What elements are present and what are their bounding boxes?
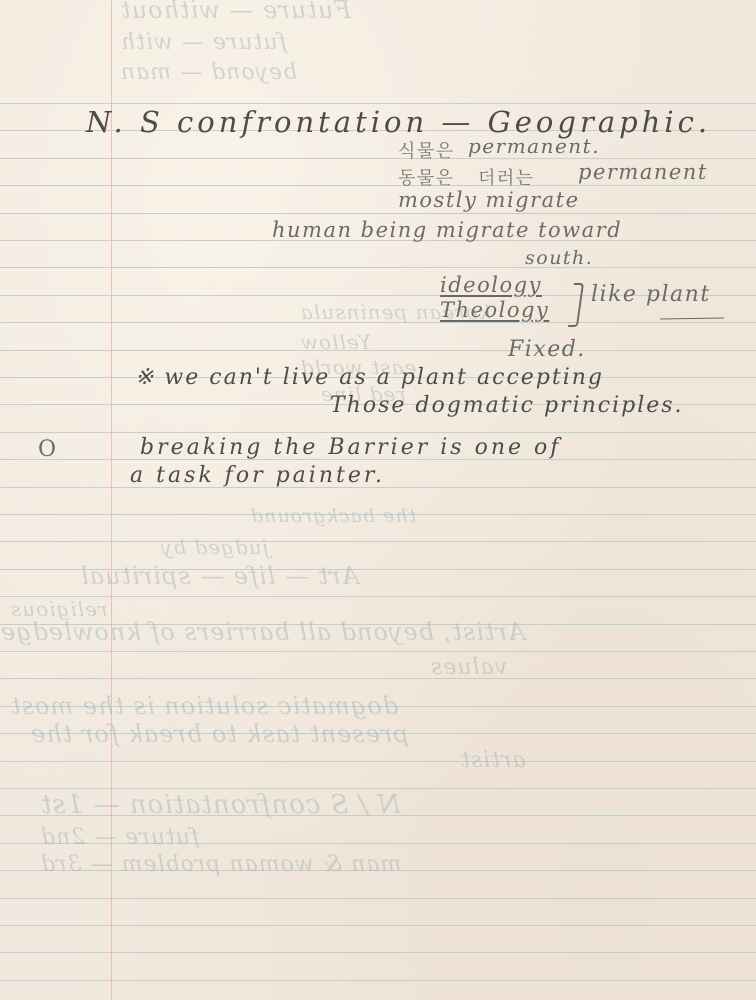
note-ideology: ideology [440, 273, 542, 297]
rule-line [0, 432, 756, 433]
bleed-text: future — with [120, 30, 287, 55]
rule-line [0, 980, 756, 981]
rule-line [0, 541, 756, 542]
bleed-text: future — 2nd [40, 825, 199, 850]
rule-line [0, 651, 756, 652]
rule-line [0, 103, 756, 104]
bleed-text: Artist, beyond all barriers of knowledge [0, 618, 525, 646]
note-permanent-1: permanent. [468, 134, 600, 158]
bleed-text: beyond — man [120, 60, 297, 85]
note-task-painter: a task for painter. [130, 463, 385, 488]
korean-some: 더러는 [478, 164, 535, 190]
note-human-being: human being migrate toward [272, 218, 622, 242]
bleed-text: values [430, 655, 507, 680]
rule-line [0, 678, 756, 679]
rule-line [0, 158, 756, 159]
rule-line [0, 898, 756, 899]
notebook-page: Future — without future — with beyond — … [0, 0, 756, 1000]
bullet-circle: O [38, 437, 58, 462]
bleed-text: man & woman problem — 3rd [40, 852, 401, 877]
rule-line [0, 596, 756, 597]
bleed-text: the background [250, 505, 416, 527]
bleed-text: Yellow [300, 330, 371, 354]
bleed-text: judged by [160, 535, 269, 559]
note-fixed: Fixed. [508, 337, 586, 362]
bleed-text: artist [460, 748, 526, 773]
note-like-plant: like plant [591, 282, 711, 307]
bleed-text: N / S confrontation — 1st [40, 790, 401, 820]
rule-line [0, 788, 756, 789]
note-south: south. [525, 247, 593, 269]
rule-line [0, 925, 756, 926]
note-theology: Theology [440, 298, 549, 322]
margin-line [111, 0, 112, 1000]
rule-line [0, 350, 756, 351]
underline-plant [660, 317, 724, 319]
note-dogmatic: Those dogmatic principles. [330, 393, 684, 418]
note-star-line: ※ we can't live as a plant accepting [135, 365, 604, 390]
korean-plants: 식물은 [398, 137, 455, 163]
korean-animals: 동물은 [398, 164, 455, 190]
heading-line: N. S confrontation — Geographic. [86, 105, 711, 139]
note-mostly-migrate: mostly migrate [398, 188, 580, 212]
rule-line [0, 213, 756, 214]
bleed-text: Future — without [120, 0, 351, 24]
bracket-mark [568, 283, 584, 327]
rule-line [0, 185, 756, 186]
bleed-text: Art — life — spiritual [80, 562, 359, 590]
rule-line [0, 761, 756, 762]
bleed-text: present task to break for the [30, 720, 409, 748]
note-permanent-2: permanent [578, 160, 708, 184]
rule-line [0, 952, 756, 953]
rule-line [0, 267, 756, 268]
bleed-text: dogmatic solution is the most [10, 692, 398, 720]
note-barrier: breaking the Barrier is one of [140, 435, 561, 460]
